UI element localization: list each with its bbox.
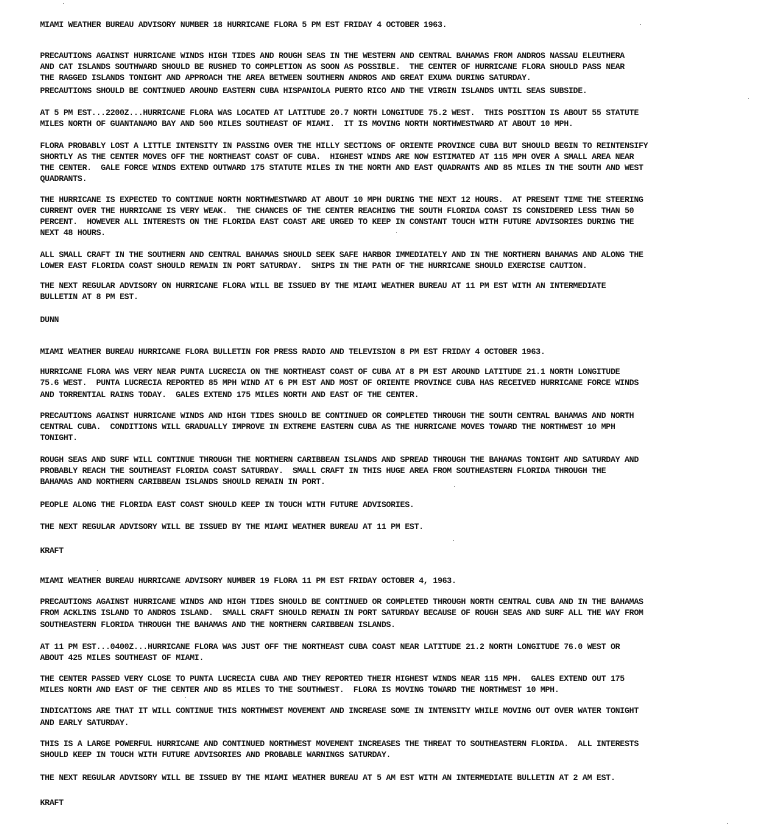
advisory-18-p7-line1: THE NEXT REGULAR ADVISORY ON HURRICANE F… bbox=[40, 281, 606, 292]
advisory-19-p3-line1: THE CENTER PASSED VERY CLOSE TO PUNTA LU… bbox=[40, 674, 624, 685]
bulletin-p4-line1: PEOPLE ALONG THE FLORIDA EAST COAST SHOU… bbox=[40, 500, 414, 511]
advisory-18-p6-line1: ALL SMALL CRAFT IN THE SOUTHERN AND CENT… bbox=[40, 250, 643, 261]
bulletin-p1-line2: 75.6 WEST. PUNTA LUCRECIA REPORTED 85 MP… bbox=[40, 378, 639, 389]
scan-speck bbox=[185, 697, 186, 698]
advisory-18-p3-line1: AT 5 PM EST...2200Z...HURRICANE FLORA WA… bbox=[40, 108, 639, 119]
bulletin-p2-line1: PRECAUTIONS AGAINST HURRICANE WINDS AND … bbox=[40, 411, 634, 422]
advisory-19-p1-line3: SOUTHEASTERN FLORIDA THROUGH THE BAHAMAS… bbox=[40, 620, 395, 631]
advisory-18-p4-line4: QUADRANTS. bbox=[40, 174, 87, 185]
scan-speck bbox=[97, 570, 98, 571]
bulletin-p1-line3: AND TORRENTIAL RAINS TODAY. GALES EXTEND… bbox=[40, 390, 419, 401]
advisory-18-p4-line3: THE CENTER. GALE FORCE WINDS EXTEND OUTW… bbox=[40, 163, 643, 174]
advisory-18-p5-line2: CURRENT OVER THE HURRICANE IS VERY WEAK.… bbox=[40, 206, 634, 217]
scan-speck bbox=[640, 24, 641, 25]
advisory-19-p1-line2: FROM ACKLINS ISLAND TO ANDROS ISLAND. SM… bbox=[40, 608, 643, 619]
bulletin-p3-line1: ROUGH SEAS AND SURF WILL CONTINUE THROUG… bbox=[40, 455, 639, 466]
advisory-18-p6-line2: LOWER EAST FLORIDA COAST SHOULD REMAIN I… bbox=[40, 261, 587, 272]
bulletin-heading: MIAMI WEATHER BUREAU HURRICANE FLORA BUL… bbox=[40, 347, 545, 358]
advisory-19-p4-line1: INDICATIONS ARE THAT IT WILL CONTINUE TH… bbox=[40, 706, 639, 717]
bulletin-p3-line2: PROBABLY REACH THE SOUTHEAST FLORIDA COA… bbox=[40, 466, 606, 477]
scan-speck bbox=[727, 823, 728, 824]
advisory-19-p2-line2: ABOUT 425 MILES SOUTHEAST OF MIAMI. bbox=[40, 653, 204, 664]
scan-speck bbox=[453, 540, 454, 541]
scan-speck bbox=[748, 98, 749, 99]
scanned-document-page: MIAMI WEATHER BUREAU ADVISORY NUMBER 18 … bbox=[0, 0, 768, 829]
advisory-18-p4-line2: SHORTLY AS THE CENTER MOVES OFF THE NORT… bbox=[40, 152, 634, 163]
scan-speck bbox=[63, 3, 64, 4]
advisory-18-p1-line2: AND CAT ISLANDS SOUTHWARD SHOULD BE RUSH… bbox=[40, 62, 624, 73]
bulletin-p1-line1: HURRICANE FLORA WAS VERY NEAR PUNTA LUCR… bbox=[40, 367, 620, 378]
bulletin-p2-line2: CENTRAL CUBA. CONDITIONS WILL GRADUALLY … bbox=[40, 422, 615, 433]
bulletin-p2-line3: TONIGHT. bbox=[40, 433, 77, 444]
advisory-18-p5-line3: PERCENT. HOWEVER ALL INTERESTS ON THE FL… bbox=[40, 217, 634, 228]
advisory-19-p5-line1: THIS IS A LARGE POWERFUL HURRICANE AND C… bbox=[40, 739, 639, 750]
advisory-19-signature: KRAFT bbox=[40, 798, 63, 809]
scan-speck bbox=[396, 232, 397, 233]
advisory-19-p3-line2: MILES NORTH AND EAST OF THE CENTER AND 8… bbox=[40, 685, 559, 696]
advisory-18-p2-line1: PRECAUTIONS SHOULD BE CONTINUED AROUND E… bbox=[40, 86, 587, 97]
scan-speck bbox=[454, 486, 455, 487]
bulletin-p3-line3: BAHAMAS AND NORTHERN CARIBBEAN ISLANDS S… bbox=[40, 477, 325, 488]
advisory-18-p4-line1: FLORA PROBABLY LOST A LITTLE INTENSITY I… bbox=[40, 141, 648, 152]
advisory-19-p1-line1: PRECAUTIONS AGAINST HURRICANE WINDS AND … bbox=[40, 597, 643, 608]
advisory-18-heading: MIAMI WEATHER BUREAU ADVISORY NUMBER 18 … bbox=[40, 20, 447, 31]
advisory-19-p6-line1: THE NEXT REGULAR ADVISORY WILL BE ISSUED… bbox=[40, 773, 615, 784]
advisory-18-p1-line1: PRECAUTIONS AGAINST HURRICANE WINDS HIGH… bbox=[40, 51, 624, 62]
advisory-18-p1-line3: THE RAGGED ISLANDS TONIGHT AND APPROACH … bbox=[40, 73, 531, 84]
advisory-18-p5-line1: THE HURRICANE IS EXPECTED TO CONTINUE NO… bbox=[40, 195, 643, 206]
advisory-19-p4-line2: AND EARLY SATURDAY. bbox=[40, 718, 129, 729]
advisory-18-p5-line4: NEXT 48 HOURS. bbox=[40, 228, 105, 239]
advisory-18-p3-line2: MILES NORTH OF GUANTANAMO BAY AND 500 MI… bbox=[40, 119, 573, 130]
advisory-19-heading: MIAMI WEATHER BUREAU HURRICANE ADVISORY … bbox=[40, 576, 456, 587]
advisory-19-p2-line1: AT 11 PM EST...0400Z...HURRICANE FLORA W… bbox=[40, 642, 620, 653]
advisory-18-p7-line2: BULLETIN AT 8 PM EST. bbox=[40, 292, 138, 303]
advisory-19-p5-line2: SHOULD KEEP IN TOUCH WITH FUTURE ADVISOR… bbox=[40, 750, 391, 761]
bulletin-p5-line1: THE NEXT REGULAR ADVISORY WILL BE ISSUED… bbox=[40, 522, 423, 533]
bulletin-signature: KRAFT bbox=[40, 546, 63, 557]
advisory-18-signature: DUNN bbox=[40, 315, 59, 326]
